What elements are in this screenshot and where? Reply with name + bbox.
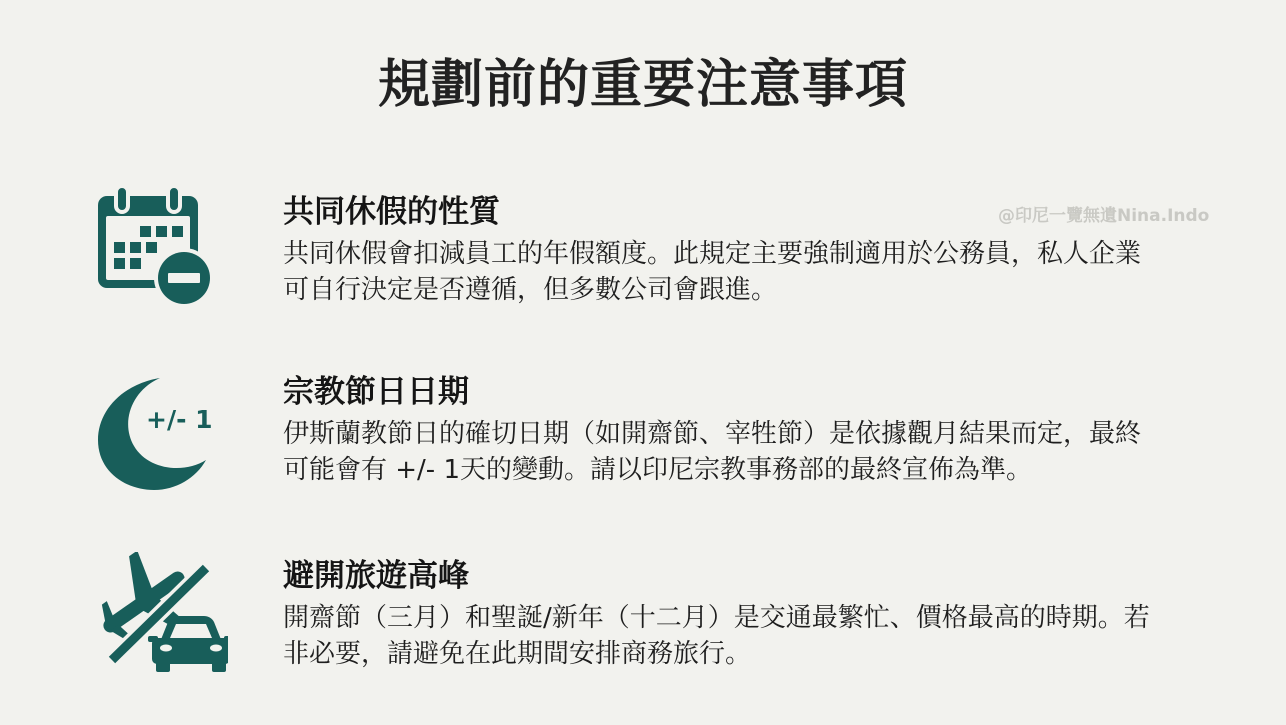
section-title: 避開旅遊高峰 <box>283 556 1243 596</box>
body-line: 伊斯蘭教節日的確切日期（如開齋節、宰牲節）是依據觀月結果而定，最終 <box>283 416 1243 452</box>
body-line: 開齋節（三月）和聖誕/新年（十二月）是交通最繁忙、價格最高的時期。若 <box>283 600 1243 636</box>
calendar-minus-icon <box>88 182 228 312</box>
section-body: 開齋節（三月）和聖誕/新年（十二月）是交通最繁忙、價格最高的時期。若 非必要，請… <box>283 600 1243 672</box>
section-body: 伊斯蘭教節日的確切日期（如開齋節、宰牲節）是依據觀月結果而定，最終 可能會有 +… <box>283 416 1243 488</box>
no-travel-plane-car-icon <box>88 552 228 682</box>
page-title: 規劃前的重要注意事項 <box>0 50 1286 120</box>
section-title: 宗教節日日期 <box>283 372 1243 412</box>
section-title: 共同休假的性質 <box>283 192 1243 232</box>
icon-label: +/- 1 <box>146 405 213 434</box>
body-line: 可能會有 +/- 1天的變動。請以印尼宗教事務部的最終宣佈為準。 <box>283 452 1243 488</box>
section-body: 共同休假會扣減員工的年假額度。此規定主要強制適用於公務員，私人企業 可自行決定是… <box>283 236 1243 308</box>
crescent-moon-icon: +/- 1 <box>88 370 228 500</box>
body-line: 非必要，請避免在此期間安排商務旅行。 <box>283 636 1243 672</box>
body-line: 可自行決定是否遵循，但多數公司會跟進。 <box>283 272 1243 308</box>
body-line: 共同休假會扣減員工的年假額度。此規定主要強制適用於公務員，私人企業 <box>283 236 1243 272</box>
